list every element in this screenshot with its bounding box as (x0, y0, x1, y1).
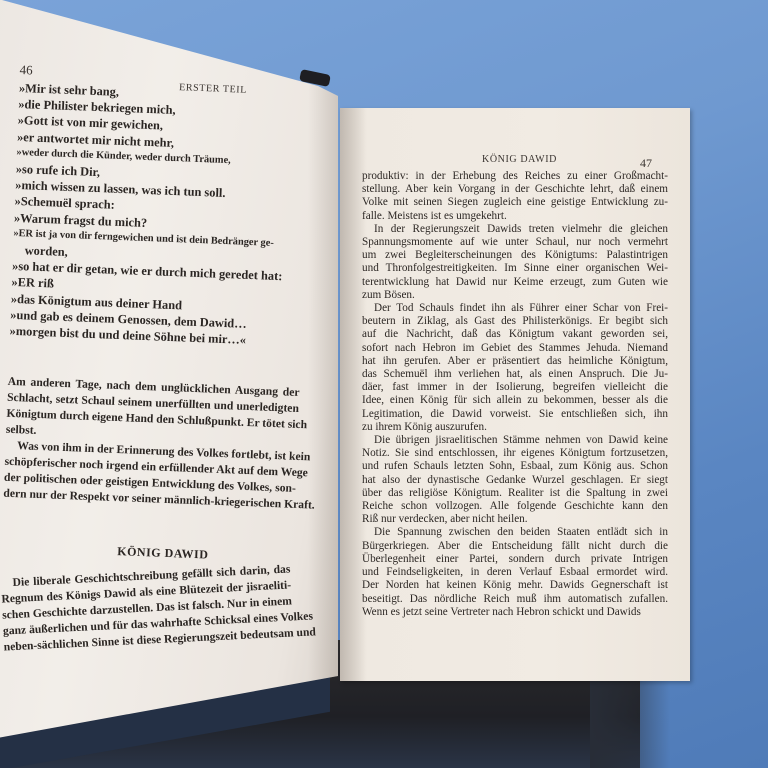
text-line: beutern in Ziklag, als Gast des Philiste… (362, 315, 668, 328)
page-number: 46 (19, 62, 33, 78)
page-number: 47 (640, 156, 652, 171)
paragraph: produktiv: in der Erhebung des Reiches z… (362, 170, 668, 223)
text-line: Notiz. Sie sind entschlossen, ihr eigene… (362, 447, 668, 460)
text-line: Reiche schon vollzogen. Alle folgende Ge… (362, 500, 668, 513)
text-line: sofort nach Hebron im Gebiet des Stammes… (362, 342, 668, 355)
right-page-body: produktiv: in der Erhebung des Reiches z… (362, 170, 668, 619)
text-line: stellung. Aber kein Vorgang in der Gesch… (362, 183, 668, 196)
text-line: Wenn es jetzt seine Vertreter nach Hebro… (362, 606, 668, 619)
paragraph: Die übrigen jisraelitischen Stämme nehme… (362, 434, 668, 526)
text-line: zu ihrem König auszurufen. (362, 421, 668, 434)
left-page-content: 46 ERSTER TEIL »Mir ist sehr bang,»die P… (20, 62, 320, 74)
text-line: über das religiöse Königtum. Realiter is… (362, 487, 668, 500)
text-line: Riß nur verdecken, aber nicht heilen. (362, 513, 668, 526)
text-line: zum Bösen. (362, 289, 668, 302)
paragraph: Am anderen Tage, nach dem unglücklichen … (6, 374, 300, 449)
text-line: Der Tod Schauls findet ihn als Führer ei… (362, 302, 668, 315)
text-line: beseitigt. Das nördliche Reich muß ihm a… (362, 593, 668, 606)
verse-block: »Mir ist sehr bang,»die Philister bekrie… (9, 80, 319, 351)
prose-block: Am anderen Tage, nach dem unglücklichen … (3, 374, 300, 513)
paragraph: Der Tod Schauls findet ihn als Führer ei… (362, 302, 668, 434)
text-line: und Thronfolgestreitigkeiten. Im Sinne e… (362, 262, 668, 275)
text-line: hat ihn gerufen. Aber er präsentiert das… (362, 355, 668, 368)
text-line: Spannungsmomente auf wie unter Schaul, n… (362, 236, 668, 249)
paragraph: Die Spannung zwischen den beiden Staaten… (362, 526, 668, 618)
text-line: Legitimation, die Dawid vorweist. Sie en… (362, 408, 668, 421)
right-page-header: KÖNIG DAWID 47 (340, 154, 690, 170)
text-line: In der Regierungszeit Dawids treten viel… (362, 223, 668, 236)
running-title: KÖNIG DAWID (482, 154, 557, 165)
paragraph: Was von ihm in der Erinnerung des Volkes… (3, 438, 297, 513)
text-line: falle. Meistens ist es umgekehrt. (362, 210, 668, 223)
text-line: Idee, einen König für sich allein zu bek… (362, 394, 668, 407)
section-heading: KÖNIG DAWID (117, 544, 209, 562)
text-line: Volke mit seinen Siegen zugleich eine ge… (362, 196, 668, 209)
book-shadow (590, 680, 670, 768)
text-line: um zwei Begleiterscheinungen des Königtu… (362, 249, 668, 262)
text-line: produktiv: in der Erhebung des Reiches z… (362, 170, 668, 183)
right-page: KÖNIG DAWID 47 produktiv: in der Erhebun… (340, 108, 690, 681)
text-line: auf die Nachricht, daß das Königtum vaka… (362, 328, 668, 341)
text-line: Die übrigen jisraelitischen Stämme nehme… (362, 434, 668, 447)
text-line: und Feindseligkeiten, in deren Verlauf E… (362, 566, 668, 579)
text-line: Überlegenheit einer Partei, sondern durc… (362, 553, 668, 566)
text-line: terentwicklung hat Dawid nur Keime erzeu… (362, 276, 668, 289)
text-line: Der Norden hat keinen König mehr. Dawids… (362, 579, 668, 592)
text-line: däer, fast immer in der Isolierung, begr… (362, 381, 668, 394)
text-line: Bürgerkriegen. Aber die Entscheidung fäl… (362, 540, 668, 553)
paragraph: In der Regierungszeit Dawids treten viel… (362, 223, 668, 302)
text-line: hat also der dynastische Gedanke Wurzel … (362, 474, 668, 487)
text-line: das Schemuël ihm verliehen hat, als eine… (362, 368, 668, 381)
left-page: 46 ERSTER TEIL »Mir ist sehr bang,»die P… (0, 0, 338, 740)
section-body: Die liberale Geschichtschreibung gefällt… (0, 561, 294, 655)
text-line: und rufen Schauls letzten Sohn, Esbaal, … (362, 460, 668, 473)
text-line: Die Spannung zwischen den beiden Staaten… (362, 526, 668, 539)
